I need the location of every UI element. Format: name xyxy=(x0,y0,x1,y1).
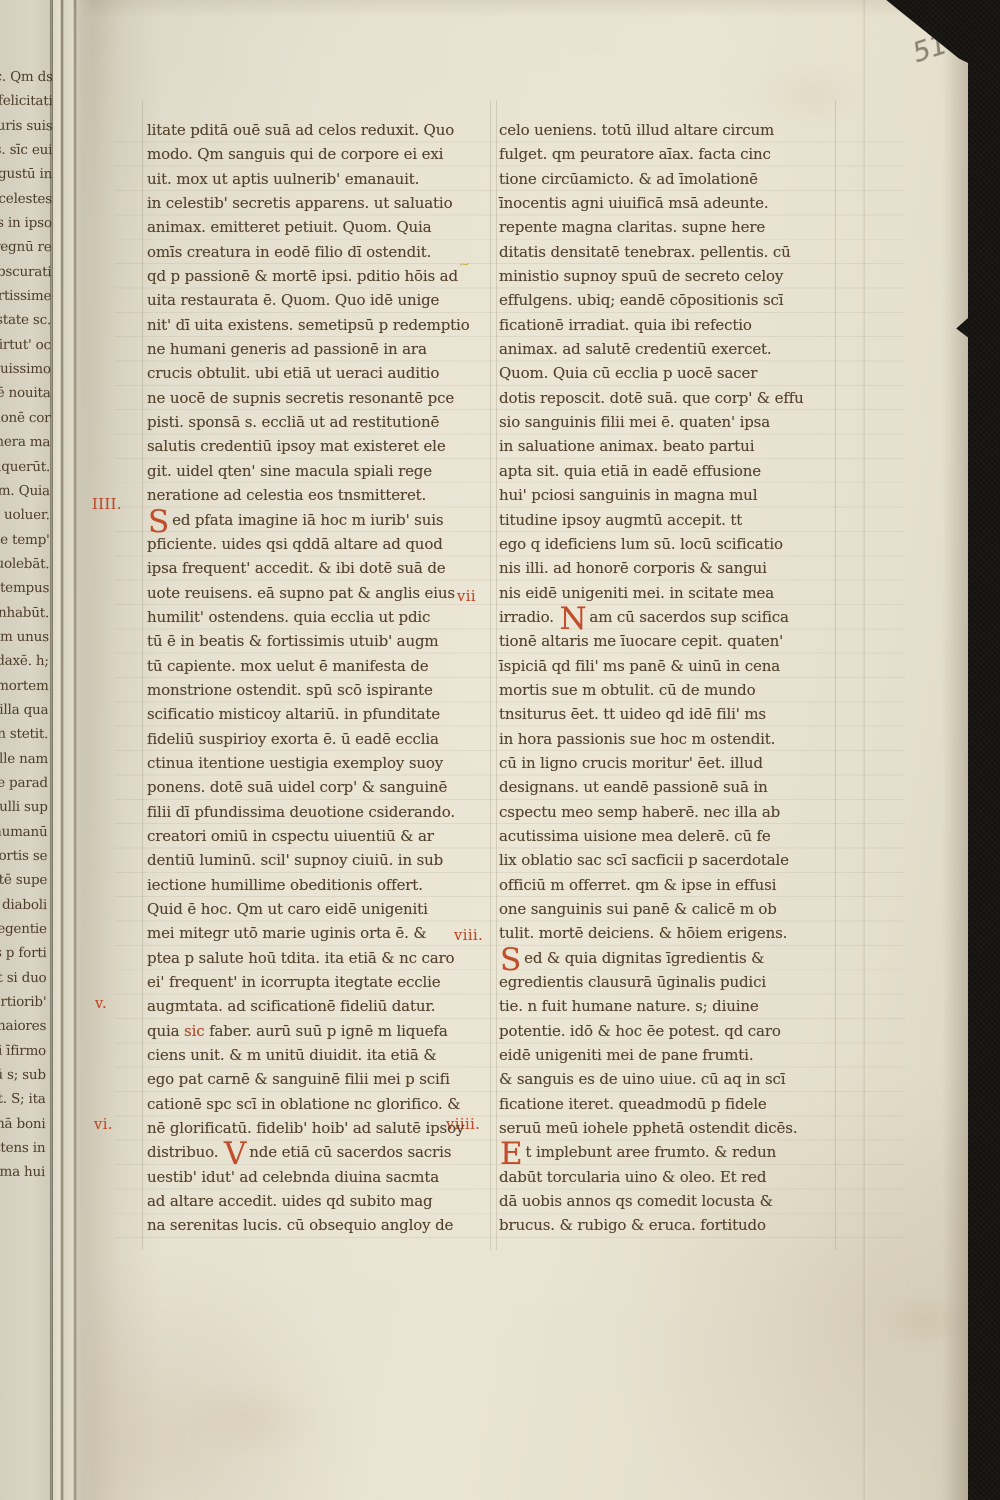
manuscript-line: eliorē nouita xyxy=(0,379,51,406)
manuscript-line: iectione humillime obeditionis offert. xyxy=(147,873,487,897)
manuscript-line: īnocentis agni uiuificā msā adeunte. xyxy=(499,191,829,215)
facing-page-text: d ē hoc. Qm dsmū & felicitatireaturis su… xyxy=(0,63,52,1185)
margin-numeral-v: v. xyxy=(95,996,107,1012)
manuscript-line: d ē hoc. Qm ds xyxy=(0,63,52,90)
manuscript-line: uestib' idut' ad celebnda diuina sacmta xyxy=(147,1165,487,1189)
manuscript-line: ditatis densitatē tenebrax. pellentis. c… xyxy=(499,240,829,264)
manuscript-line: ere inhabūt. xyxy=(0,598,49,625)
manuscript-line: ationes in ipso xyxy=(0,209,52,236)
manuscript-line: cspectu meo semp haberē. nec illa ab xyxy=(499,800,829,824)
manuscript-line: ei' frequent' in icorrupta itegtate eccl… xyxy=(147,970,487,994)
manuscript-line: tnsiturus ēet. tt uideo qd idē fili' ms xyxy=(499,702,829,726)
manuscript-line: ego q ideficiens lum sū. locū scificatio xyxy=(499,532,829,556)
manuscript-line: u ante temp' xyxy=(0,525,50,552)
manuscript-line: neratione ad celestia eos tnsmitteret. xyxy=(147,483,487,507)
margin-numeral-iiii: IIII. xyxy=(92,497,122,513)
manuscript-line: & sanguis es de uino uiue. cū aq in scī xyxy=(499,1067,829,1091)
manuscript-line: dotis reposcit. dotē suā. que corp' & ef… xyxy=(499,386,829,410)
manuscript-line: ds nec diaboli xyxy=(0,891,47,918)
manuscript-line: ficationē irradiat. quia ibi refectio xyxy=(499,313,829,337)
manuscript-line: ficatione iteret. queadmodū p fidele xyxy=(499,1092,829,1116)
manuscript-line: brucus. & rubigo & eruca. fortitudo xyxy=(499,1213,829,1237)
manuscript-line: mortis sue m obtulit. cū de mundo xyxy=(499,678,829,702)
manuscript-line: ponens. dotē suā uidel corp' & sanguinē xyxy=(147,775,487,799)
manuscript-line: egredientis clausurā ūginalis pudici xyxy=(499,970,829,994)
manuscript-line: t reliquerūt. xyxy=(0,452,50,479)
manuscript-line: o pat fortissime xyxy=(0,282,51,309)
manuscript-line: ne humani generis ad passionē in ara xyxy=(147,337,487,361)
column-guide-center-right xyxy=(496,100,497,1250)
manuscript-line: qd p passionē & mortē ipsi. pditio hōis … xyxy=(147,264,487,288)
manuscript-line: s. & mortem xyxy=(0,671,49,698)
manuscript-line: nis eidē unigeniti mei. in scitate mea xyxy=(499,581,829,605)
manuscript-line: Quid ē hoc. Qm ut caro eidē unigeniti xyxy=(147,897,487,921)
manuscript-line: n uia illa qua xyxy=(0,696,48,723)
manuscript-line: Sed pfata imagine iā hoc m iurib' suis xyxy=(147,508,487,532)
manuscript-line: rtē uirtut' oc xyxy=(0,331,51,358)
manuscript-line: a itinera ma xyxy=(0,428,50,455)
manuscript-line: neglegentie xyxy=(0,915,47,942)
manuscript-line: na serenitas lucis. cū obsequio angloy d… xyxy=(147,1213,487,1237)
manuscript-line: bat. cū celestes xyxy=(0,185,52,212)
manuscript-line: dentiū luminū. scil' supnoy ciuiū. in su… xyxy=(147,848,487,872)
manuscript-line: tulit. mortē deiciens. & hōiem erigens. xyxy=(499,921,829,945)
manuscript-line: tie. n fuit humane nature. s; diuine xyxy=(499,994,829,1018)
manuscript-line: ante tempus xyxy=(0,574,49,601)
manuscript-line: animax. ad salutē credentiū exercet. xyxy=(499,337,829,361)
column-guide-center-left xyxy=(490,100,491,1250)
margin-numeral-vi: vi. xyxy=(94,1117,113,1133)
manuscript-line: filii dī pfundissima deuotione csiderand… xyxy=(147,800,487,824)
manuscript-line: m fortiorib' xyxy=(0,988,46,1015)
manuscript-line: ctinua itentione uestigia exemploy suoy xyxy=(147,751,487,775)
manuscript-line: p sumā boni xyxy=(0,1110,46,1137)
column-guide-left xyxy=(142,100,143,1250)
manuscript-line: t eas p forti xyxy=(0,939,47,966)
manuscript-line: tionē altaris me īuocare cepit. quaten' xyxy=(499,629,829,653)
manuscript-line: creatori omiū in cspectu uiuentiū & ar xyxy=(147,824,487,848)
manuscript-line: irradio. Nam cū sacerdos sup scifica xyxy=(499,605,829,629)
manuscript-line: officiū m offerret. qm & ipse in effusi xyxy=(499,873,829,897)
manuscript-line: potentie. idō & hoc ēe potest. qd caro xyxy=(499,1019,829,1043)
manuscript-line: ad altare accedit. uides qd subito mag xyxy=(147,1189,487,1213)
left-text-column: litate pditā ouē suā ad celos reduxit. Q… xyxy=(147,118,487,1238)
manuscript-line: litate pditā ouē suā ad celos reduxit. Q… xyxy=(147,118,487,142)
manuscript-line: in saluatione animax. beato partui xyxy=(499,434,829,458)
manuscript-line: scificatio misticoy altariū. in pfundita… xyxy=(147,702,487,726)
manuscript-line: hui' pciosi sanguinis in magna mul xyxy=(499,483,829,507)
stacked-leaf-edges xyxy=(50,0,94,1500)
parchment-stain xyxy=(880,1290,970,1350)
manuscript-line: uit. qm unus xyxy=(0,623,49,650)
manuscript-line: uote reuisens. eā supno pat & anglis eiu… xyxy=(147,581,487,605)
manuscript-line: mū & felicitati xyxy=(0,87,52,114)
manuscript-line: en' humanū xyxy=(0,818,48,845)
manuscript-line: monstrione ostendit. spū scō ispirante xyxy=(147,678,487,702)
manuscript-line: Et implebunt aree frumto. & redun xyxy=(499,1140,829,1164)
manuscript-line: uit. mox ut aptis uulnerib' emanauit. xyxy=(147,167,487,191)
manuscript-line: one sanguinis sui panē & calicē m ob xyxy=(499,897,829,921)
manuscript-line: effulgens. ubiq; eandē cōpositionis scī xyxy=(499,288,829,312)
manuscript-line: reaturis suis xyxy=(0,112,52,139)
folio-number: 51 xyxy=(909,18,985,69)
manuscript-line: in celestib' secretis apparens. ut salua… xyxy=(147,191,487,215)
manuscript-line: pnū regnū re xyxy=(0,233,52,260)
manuscript-line: acutissima uisione mea delerē. cū fe xyxy=(499,824,829,848)
manuscript-line: augmtata. ad scificationē fideliū datur. xyxy=(147,994,487,1018)
manuscript-line: le maiores xyxy=(0,1012,46,1039)
manuscript-line: usū illū s; sub xyxy=(0,1061,46,1088)
manuscript-line: uellet. S; ita xyxy=(0,1085,46,1112)
manuscript-line: humilit' ostendens. quia ecclia ut pdic xyxy=(147,605,487,629)
manuscript-line: repente magna claritas. supne here xyxy=(499,215,829,239)
manuscript-line: in hora passionis sue hoc m ostendit. xyxy=(499,727,829,751)
manuscript-line: lix oblatio sac scī sacficii p sacerdota… xyxy=(499,848,829,872)
manuscript-line: Sed & quia dignitas īgredientis & xyxy=(499,946,829,970)
manuscript-line: animax. emitteret petiuit. Quom. Quia xyxy=(147,215,487,239)
right-text-column: celo ueniens. totū illud altare circumfu… xyxy=(499,118,829,1238)
manuscript-line: ciens unit. & m unitū diuidit. ita etiā … xyxy=(147,1043,487,1067)
manuscript-line: anifestate sc. xyxy=(0,306,51,333)
manuscript-line: salutis credentiū ipsoy mat existeret el… xyxy=(147,434,487,458)
manuscript-line: apta sit. quia etiā in eadē effusione xyxy=(499,459,829,483)
manuscript-line: tū capiente. mox uelut ē manifesta de xyxy=(147,654,487,678)
manuscript-line: git. uidel qten' sine macula spiali rege xyxy=(147,459,487,483)
manuscript-line: distribuo. Vnde etiā cū sacerdos sacris xyxy=(147,1140,487,1164)
manuscript-line: nit' dī uita existens. semetipsū p redem… xyxy=(147,313,487,337)
manuscript-line: eidē unigeniti mei de pane frumti. xyxy=(499,1043,829,1067)
parchment-stain xyxy=(180,1380,320,1460)
manuscript-line: modo. Qm sanguis qui de corpore ei exi xyxy=(147,142,487,166)
manuscript-line: nis illi. ad honorē corporis & sangui xyxy=(499,556,829,580)
manuscript-line: limū gustū in xyxy=(0,160,52,187)
manuscript-line: crucis obtulit. ubi etiā ut ueraci audit… xyxy=(147,361,487,385)
manuscript-line: mei mitegr utō marie uginis orta ē. & xyxy=(147,921,487,945)
manuscript-page: 51 IIII. v. vi. vii viii. viiii. ~ litat… xyxy=(60,0,968,1500)
manuscript-line: ptea p salute hoū tdita. ita etiā & nc c… xyxy=(147,946,487,970)
manuscript-line: a mortis se xyxy=(0,842,47,869)
manuscript-line: tū ē in beatis & fortissimis utuib' augm xyxy=(147,629,487,653)
manuscript-line: maxima hui xyxy=(0,1158,45,1185)
manuscript-line: omīs creatura in eodē filio dī ostendit. xyxy=(147,240,487,264)
manuscript-line: tione circūamicto. & ad īmolationē xyxy=(499,167,829,191)
manuscript-line: ulli īfirmo xyxy=(0,1037,46,1064)
manuscript-line: rtis obscurati xyxy=(0,258,52,285)
manuscript-line: cationē spc scī in oblatione nc glorific… xyxy=(147,1092,487,1116)
manuscript-line: fideliū suspirioy exorta ē. ū eadē eccli… xyxy=(147,727,487,751)
manuscript-line: uita restaurata ē. Quom. Quo idē unige xyxy=(147,288,487,312)
manuscript-line: ipsa frequent' accedit. & ibi dotē suā d… xyxy=(147,556,487,580)
rubric-word: sic xyxy=(184,1022,204,1040)
manuscript-line: ueritatē supe xyxy=(0,866,47,893)
manuscript-line: īspiciā qd fili' ms panē & uinū in cena xyxy=(499,654,829,678)
manuscript-line: designans. ut eandē passionē suā in xyxy=(499,775,829,799)
manuscript-line: dabūt torcularia uino & oleo. Et red xyxy=(499,1165,829,1189)
column-guide-right xyxy=(835,100,836,1250)
photo-backdrop: 51 IIII. v. vi. vii viii. viiii. ~ litat… xyxy=(0,0,1000,1500)
manuscript-line: tū de parad xyxy=(0,769,48,796)
manuscript-line: pficiente. uides qsi qddā altare ad quod xyxy=(147,532,487,556)
manuscript-line: sio sanguinis filii mei ē. quaten' ipsa xyxy=(499,410,829,434)
manuscript-line: catū ille nam xyxy=(0,745,48,772)
manuscript-line: ffusionē cor xyxy=(0,404,51,431)
manuscript-line: tate ulli sup xyxy=(0,793,48,820)
manuscript-line: pisti. sponsā s. eccliā ut ad restitutio… xyxy=(147,410,487,434)
manuscript-line: nē glorificatū. fidelib' hoib' ad salutē… xyxy=(147,1116,487,1140)
manuscript-line: tendens. sīc eui xyxy=(0,136,52,163)
manuscript-line: ne uocē de supnis secretis resonantē pce xyxy=(147,386,487,410)
manuscript-line: dā uobis annos qs comedit locusta & xyxy=(499,1189,829,1213)
manuscript-line: Quom. Quia xyxy=(0,477,50,504)
facing-page-edge: d ē hoc. Qm dsmū & felicitatireaturis su… xyxy=(0,0,52,1500)
manuscript-line: mendaxē. h; xyxy=(0,647,49,674)
manuscript-line: uidere uoluer. xyxy=(0,501,50,528)
manuscript-line: Velut si duo xyxy=(0,964,47,991)
manuscript-line: ere uolebāt. xyxy=(0,550,50,577)
page-fold xyxy=(862,0,868,1500)
manuscript-line: mittens in xyxy=(0,1134,45,1161)
manuscript-line: Quom. Quia cū ecclia p uocē sacer xyxy=(499,361,829,385)
manuscript-line: titudine ipsoy augmtū accepit. tt xyxy=(499,508,829,532)
manuscript-line: fulget. qm peuratore aīax. facta cinc xyxy=(499,142,829,166)
manuscript-line: seruū meū iohele pphetā ostendit dicēs. xyxy=(499,1116,829,1140)
manuscript-line: ūt n stetit. xyxy=(0,720,48,747)
manuscript-line: ego pat carnē & sanguinē filii mei p sci… xyxy=(147,1067,487,1091)
manuscript-line: ministio supnoy spuū de secreto celoy xyxy=(499,264,829,288)
manuscript-line: q; in nouissimo xyxy=(0,355,51,382)
manuscript-line: cū in ligno crucis moritur' ēet. illud xyxy=(499,751,829,775)
manuscript-line: quia sic faber. aurū suū p ignē m liquef… xyxy=(147,1019,487,1043)
manuscript-line: celo ueniens. totū illud altare circum xyxy=(499,118,829,142)
